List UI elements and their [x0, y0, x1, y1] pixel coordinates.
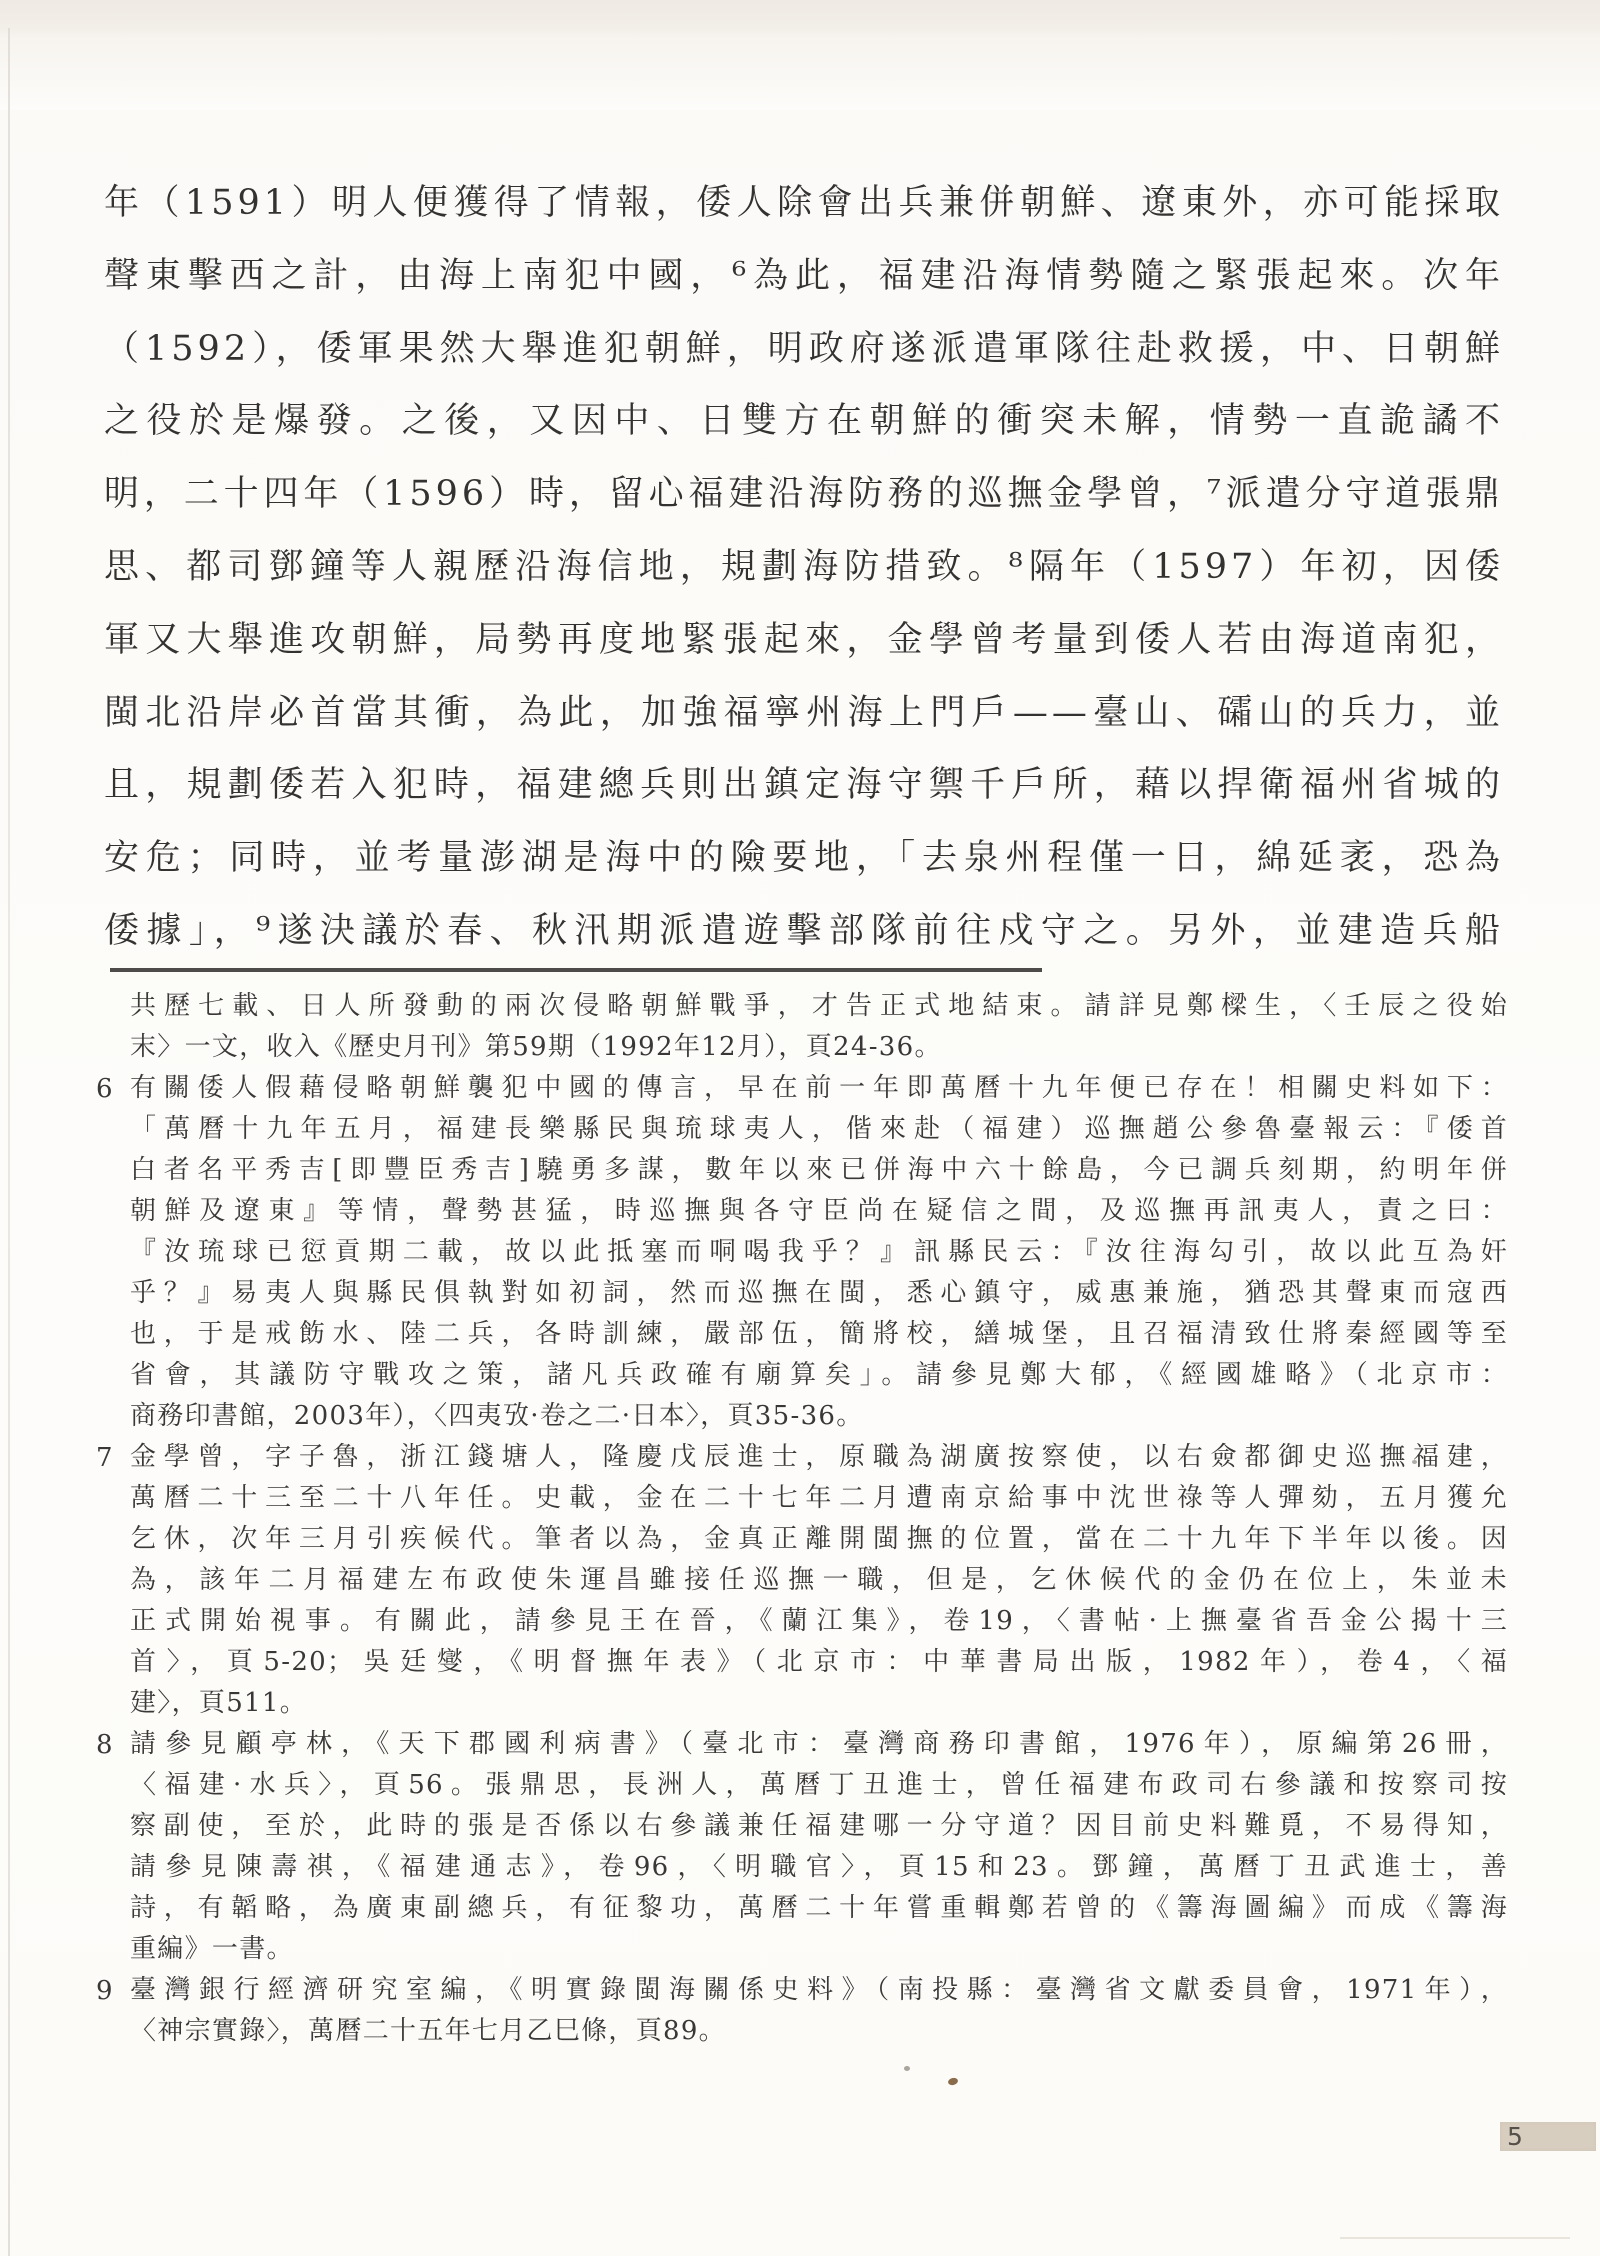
footnote-line: 正式開始視事。有關此，請參見王在晉，《蘭江集》，卷19，〈書帖·上撫臺省吾金公揭…: [130, 1601, 1508, 1642]
footnote-line: 也，于是戒飭水、陸二兵，各時訓練，嚴部伍，簡將校，繕城堡，且召福清致仕將秦經國等…: [130, 1314, 1508, 1355]
footnote-line: 金學曾，字子魯，浙江錢塘人，隆慶戊辰進士，原職為湖廣按察使，以右僉都御史巡撫福建…: [130, 1437, 1508, 1478]
footnote-continuation: 共歷七載、日人所發動的兩次侵略朝鮮戰爭，才告正式地結束。請詳見鄭樑生，〈壬辰之役…: [96, 986, 1508, 1068]
text-line: 且，規劃倭若入犯時，福建總兵則出鎮定海守禦千戶所，藉以捍衛福州省城的: [104, 749, 1504, 822]
main-text: 年（1591）明人便獲得了情報，倭人除會出兵兼併朝鮮、遼東外，亦可能採取聲東擊西…: [104, 167, 1504, 968]
footnote-line: 『汝琉球已愆貢期二載，故以此抵塞而哃喝我乎？』訊縣民云：『汝往海勾引，故以此互為…: [130, 1232, 1508, 1273]
footnote: 7 金學曾，字子魯，浙江錢塘人，隆慶戊辰進士，原職為湖廣按察使，以右僉都御史巡撫…: [96, 1437, 1508, 1724]
footnote-line: 重編》一書。: [130, 1929, 1508, 1970]
text-line: 閩北沿岸必首當其衝，為此，加強福寧州海上門戶——臺山、礵山的兵力，並: [104, 677, 1504, 750]
footnote-line: 共歷七載、日人所發動的兩次侵略朝鮮戰爭，才告正式地結束。請詳見鄭樑生，〈壬辰之役…: [130, 986, 1508, 1027]
footnote-number: 8: [96, 1730, 113, 1760]
footnote-line: 首〉，頁5-20；吳廷燮，《明督撫年表》（北京市：中華書局出版，1982年），卷…: [130, 1642, 1508, 1683]
scan-bottom-streak: [1340, 2237, 1570, 2239]
ink-speck: [904, 2066, 910, 2071]
scanned-page: 年（1591）明人便獲得了情報，倭人除會出兵兼併朝鮮、遼東外，亦可能採取聲東擊西…: [0, 0, 1600, 2256]
text-line: （1592），倭軍果然大舉進犯朝鮮，明政府遂派遣軍隊往赴救援，中、日朝鮮: [104, 313, 1504, 386]
footnote-line: 白者名平秀吉[即豐臣秀吉]驍勇多謀，數年以來已併海中六十餘島，今已調兵刻期，約明…: [130, 1150, 1508, 1191]
page-number-badge: 5: [1500, 2122, 1596, 2151]
footnote-line: 請參見陳壽祺，《福建通志》，卷96，〈明職官〉，頁15和23。鄧鐘，萬曆丁丑武進…: [130, 1847, 1508, 1888]
scan-left-edge-line: [8, 28, 10, 2256]
footnote-line: 察副使，至於，此時的張是否係以右參議兼任福建哪一分守道？因目前史料難覓，不易得知…: [130, 1806, 1508, 1847]
text-line: 聲東擊西之計，由海上南犯中國，⁶為此，福建沿海情勢隨之緊張起來。次年: [104, 240, 1504, 313]
footnote-line: 朝鮮及遼東』等情，聲勢甚猛，時巡撫與各守臣尚在疑信之間，及巡撫再訊夷人，責之曰：: [130, 1191, 1508, 1232]
text-line: 軍又大舉進攻朝鮮，局勢再度地緊張起來，金學曾考量到倭人若由海道南犯，: [104, 604, 1504, 677]
footnote-line: 〈福建·水兵〉，頁56。張鼎思，長洲人，萬曆丁丑進士，曾任福建布政司右參議和按察…: [130, 1765, 1508, 1806]
ink-speck: [947, 2077, 958, 2086]
footnote-line: 末〉一文，收入《歷史月刊》第59期（1992年12月），頁24-36。: [130, 1027, 1508, 1068]
footnote-line: 省會，其議防守戰攻之策，諸凡兵政確有廟算矣」。請參見鄭大郁，《經國雄略》（北京市…: [130, 1355, 1508, 1396]
footnote-line: 「萬曆十九年五月，福建長樂縣民與琉球夷人，偕來赴（福建）巡撫趙公參魯臺報云：『倭…: [130, 1109, 1508, 1150]
footnote-number: 7: [96, 1443, 113, 1473]
footnote-line: 建〉，頁511。: [130, 1683, 1508, 1724]
scan-top-band: [0, 0, 1600, 40]
footnote-number: 6: [96, 1074, 113, 1104]
footnote: 9 臺灣銀行經濟研究室編，《明實錄閩海關係史料》（南投縣：臺灣省文獻委員會，19…: [96, 1970, 1508, 2052]
scan-top-band-fade: [0, 40, 1600, 110]
footnote-line: 乎？』易夷人與縣民俱執對如初詞，然而巡撫在閩，悉心鎮守，威惠兼施，猶恐其聲東而寇…: [130, 1273, 1508, 1314]
text-line: 之役於是爆發。之後，又因中、日雙方在朝鮮的衝突未解，情勢一直詭譎不: [104, 385, 1504, 458]
text-line: 安危；同時，並考量澎湖是海中的險要地，「去泉州程僅一日，綿延袤，恐為: [104, 822, 1504, 895]
footnotes: 共歷七載、日人所發動的兩次侵略朝鮮戰爭，才告正式地結束。請詳見鄭樑生，〈壬辰之役…: [96, 986, 1508, 2052]
footnote: 6 有關倭人假藉侵略朝鮮襲犯中國的傳言，早在前一年即萬曆十九年便已存在！相關史料…: [96, 1068, 1508, 1437]
page-number: 5: [1507, 2123, 1523, 2150]
footnote-line: 臺灣銀行經濟研究室編，《明實錄閩海關係史料》（南投縣：臺灣省文獻委員會，1971…: [130, 1970, 1508, 2011]
ink-speck: [1412, 1460, 1417, 1464]
footnote: 8 請參見顧亭林，《天下郡國利病書》（臺北市：臺灣商務印書館，1976年），原編…: [96, 1724, 1508, 1970]
text-line: 明，二十四年（1596）時，留心福建沿海防務的巡撫金學曾，⁷派遣分守道張鼎: [104, 458, 1504, 531]
footnote-line: 〈神宗實錄〉，萬曆二十五年七月乙巳條，頁89。: [130, 2011, 1508, 2052]
footnote-list: 6 有關倭人假藉侵略朝鮮襲犯中國的傳言，早在前一年即萬曆十九年便已存在！相關史料…: [96, 1068, 1508, 2052]
text-line: 思、都司鄧鐘等人親歷沿海信地，規劃海防措致。⁸隔年（1597）年初，因倭: [104, 531, 1504, 604]
footnote-separator: [110, 968, 1042, 972]
footnote-line: 乞休，次年三月引疾候代。筆者以為，金真正離開閩撫的位置，當在二十九年下半年以後。…: [130, 1519, 1508, 1560]
footnote-line: 詩，有韜略，為廣東副總兵，有征黎功，萬曆二十年嘗重輯鄭若曾的《籌海圖編》而成《籌…: [130, 1888, 1508, 1929]
text-line: 年（1591）明人便獲得了情報，倭人除會出兵兼併朝鮮、遼東外，亦可能採取: [104, 167, 1504, 240]
footnote-number: 9: [96, 1976, 113, 2006]
footnote-line: 萬曆二十三至二十八年任。史載，金在二十七年二月遭南京給事中沈世祿等人彈劾，五月獲…: [130, 1478, 1508, 1519]
footnote-line: 為，該年二月福建左布政使朱運昌雖接任巡撫一職，但是，乞休候代的金仍在位上，朱並未: [130, 1560, 1508, 1601]
text-line: 倭據」，⁹遂決議於春、秋汛期派遣遊擊部隊前往戍守之。另外，並建造兵船: [104, 895, 1504, 968]
footnote-line: 商務印書館，2003年），〈四夷攷·卷之二·日本〉，頁35-36。: [130, 1396, 1508, 1437]
footnote-line: 有關倭人假藉侵略朝鮮襲犯中國的傳言，早在前一年即萬曆十九年便已存在！相關史料如下…: [130, 1068, 1508, 1109]
footnote-line: 請參見顧亭林，《天下郡國利病書》（臺北市：臺灣商務印書館，1976年），原編第2…: [130, 1724, 1508, 1765]
